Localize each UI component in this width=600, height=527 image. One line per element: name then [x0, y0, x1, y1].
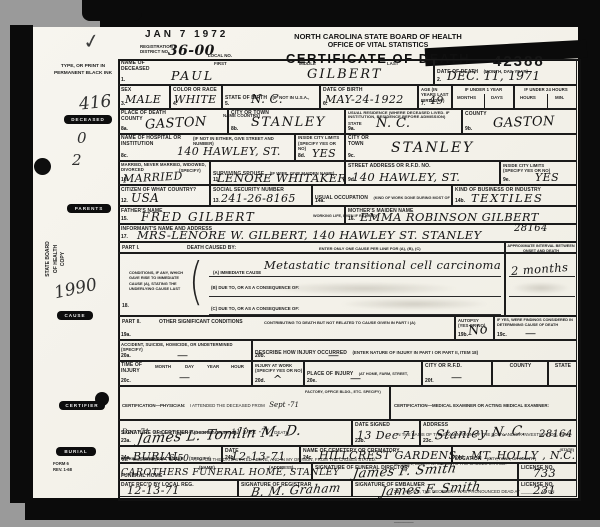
field-signature-of-certifier: SIGNATURE OF CERTIFIER (DEGREE OR TITLE)… — [118, 420, 352, 446]
field-surviving-spouse: SURVIVING SPOUSE (IF WIFE, GIVE MAIDEN N… — [210, 161, 345, 185]
certphys-t1: I ATTENDED THE DECEASED FROM — [190, 403, 265, 408]
field-date-received: DATE REC'D BY LOCAL REG. 12-13-71 — [118, 480, 238, 497]
dod-value: DEC. 11, 1971 — [447, 69, 540, 83]
field-time-of-injury: TIME OF INJURY MONTH DAY YEAR HOUR 20c. … — [118, 361, 252, 386]
cityrfd-value: — — [451, 371, 462, 384]
res-num: 9a. — [348, 126, 355, 132]
field-director-license: LICENSE NO. 733 — [518, 463, 577, 480]
part1-title: PART I. — [122, 245, 139, 253]
scan-border-left — [10, 25, 33, 503]
time-year: YEAR — [207, 364, 219, 369]
sex-value: MALE — [125, 93, 161, 106]
part2-num: 19a. — [121, 332, 131, 338]
u1-divider — [484, 94, 485, 108]
limits-value: YES — [312, 147, 336, 160]
lic1-value: 733 — [533, 466, 556, 480]
tab-deceased: DECEASED — [64, 115, 112, 124]
podcity-value: STANLEY — [251, 115, 326, 130]
how-num: 20b. — [255, 353, 265, 359]
field-funeral-home: FUNERAL HOME (NAME) (ADDRESS) CAROTHERS … — [118, 463, 312, 480]
interval-b-line — [509, 296, 575, 297]
work-value: ^ — [273, 373, 283, 386]
rescounty-num: 9b. — [465, 126, 472, 132]
how-sub: (ENTER NATURE OF INJURY IN PART I OR PAR… — [352, 350, 478, 355]
field-age: AGE (IN YEARS LAST BIRTHDAY) 7. 49 — [418, 85, 452, 109]
name-num: 1. — [121, 77, 125, 83]
field-marital-status: MARRIED, NEVER MARRIED, WIDOWED, DIVORCE… — [118, 161, 210, 185]
spouse-value: LENORE WHITAKER — [217, 171, 347, 185]
copy-note-2: OF HEALTH — [53, 233, 61, 285]
part2-sub: CONTRIBUTING TO DEATH BUT NOT RELATED TO… — [264, 320, 415, 326]
autopsy-num: 19b. — [458, 332, 468, 338]
field-burial-date: DATE 24b. 12-13-71 — [222, 446, 300, 463]
part1-header: PART I. DEATH CAUSED BY: ENTER ONLY ONE … — [118, 242, 505, 253]
field-burial-cremation: BURIAL, CREMATION, OTHER (SPECIFY) 24a. … — [118, 446, 222, 463]
cityrfd-num: 20f. — [425, 378, 434, 384]
margin-number-2: 2 — [72, 151, 82, 169]
field-mother-name: MOTHER'S MAIDEN NAME 16. EMMA ROBINSON G… — [345, 206, 577, 224]
certphys-from: Sept -71 — [269, 401, 299, 409]
mother-value: EMMA ROBINSON GILBERT — [360, 210, 539, 224]
recd-value: 12-13-71 — [127, 484, 180, 497]
certifier-signature: James L. Tomlin M. D. — [136, 423, 303, 448]
field-if-under-24-hours: IF UNDER 24 HOURS HOURS MIN. — [514, 85, 577, 109]
datesigned-label: DATE SIGNED — [353, 421, 419, 428]
received-date-stamp: JAN 7 1972 — [145, 29, 228, 40]
scan-border-right — [578, 25, 600, 500]
u1-days-label: DAYS — [491, 95, 503, 100]
cause-of-death-body: CONDITIONS, IF ANY, WHICH GAVE RISE TO I… — [118, 253, 505, 316]
field-state-of-birth: STATE OF BIRTH (IF NOT IN U.S.A., NAME C… — [222, 85, 320, 109]
limits-num: 8d. — [298, 153, 305, 159]
conditions-note: CONDITIONS, IF ANY, WHICH GAVE RISE TO I… — [129, 270, 187, 292]
citizen-num: 12. — [121, 198, 128, 204]
findings-num: 19c. — [497, 332, 507, 338]
brace: ( — [189, 254, 203, 311]
field-usual-occupation: USUAL OCCUPATION (KIND OF WORK DONE DURI… — [312, 185, 452, 206]
field-father-name: FATHER'S NAME 15. FRED GILBERT — [118, 206, 345, 224]
field-cemetery-location: LOCATION (CITY, TOWN, OR COUNTY) (STATE)… — [452, 446, 577, 463]
field-hospital: NAME OF HOSPITAL OR INSTITUTION (IF NOT … — [118, 134, 295, 161]
cem-value: HILLCREST GARDENS — [319, 449, 456, 462]
sob-value: N. C. — [251, 92, 283, 106]
org-line-2: OFFICE OF VITAL STATISTICS — [233, 42, 523, 49]
age-value: 49 — [429, 94, 444, 107]
field-place-of-death-county: PLACE OF DEATH COUNTY 8a. GASTON — [118, 109, 228, 134]
time-day: DAY — [185, 364, 194, 369]
part2-other-conditions: PART II. OTHER SIGNIFICANT CONDITIONS CO… — [118, 316, 455, 340]
field-citizen: CITIZEN OF WHAT COUNTRY? 12. USA — [118, 185, 210, 206]
ghost-writing — [339, 298, 489, 310]
ssn-num: 13. — [213, 198, 220, 204]
cityrfd-label: CITY OR R.F.D. — [423, 362, 491, 369]
time-label-2: INJURY — [119, 369, 150, 375]
age-num: 7. — [421, 101, 425, 107]
field-embalmer-signature: SIGNATURE OF EMBALMER James F. Smith — [352, 480, 518, 497]
copy-note-1: STATE BOARD — [45, 233, 53, 285]
cause-b-line — [209, 296, 501, 297]
res-state-value: N. C. — [376, 116, 410, 131]
field-date-of-birth: DATE OF BIRTH 6. MAY-24-1922 — [320, 85, 418, 109]
autopsy-value: No — [467, 322, 488, 339]
time-num: 20c. — [121, 378, 131, 384]
field-registrar-signature: SIGNATURE OF REGISTRAR B. M. Graham — [238, 480, 352, 497]
check-mark: ✓ — [81, 28, 102, 55]
interval-body: 2 months — [505, 253, 577, 316]
tab-burial: BURIAL — [56, 447, 96, 456]
informant-value: MRS-LENORE W. GILBERT, 140 HAWLEY ST. ST… — [137, 228, 482, 242]
field-name-of-deceased: NAME OF DECEASED 1. FIRST MIDDLE LAST PA… — [118, 59, 434, 85]
name-sub-first: FIRST — [214, 61, 227, 66]
findings-value: — — [525, 327, 536, 340]
cem-num: 24c. — [303, 455, 313, 461]
limits2-num: 9e. — [503, 177, 510, 183]
rescounty-value: GASTON — [493, 114, 555, 131]
cause-c-line — [209, 314, 501, 315]
dob-value: MAY-24-1922 — [325, 93, 404, 106]
place-num: 20e. — [307, 378, 317, 384]
form-revision: FORM 6 REV. 1-68 — [53, 461, 72, 474]
field-findings-considered: IF YES, WERE FINDINGS CONSIDERED IN DETE… — [494, 316, 577, 340]
father-value: FRED GILBERT — [141, 210, 255, 224]
org-line-1: NORTH CAROLINA STATE BOARD OF HEALTH — [233, 32, 523, 41]
ssn-value: 241-26-8165 — [221, 192, 296, 205]
field-injury-county: COUNTY — [492, 361, 548, 386]
field-cemetery: NAME OF CEMETERY OR CREMATORY 24c. HILLC… — [300, 446, 452, 463]
informant-num: 17. — [121, 234, 128, 240]
street-label: STREET ADDRESS OR R.F.D. NO. — [346, 162, 499, 169]
field-autopsy: AUTOPSY (YES OR NO) 19b. No — [455, 316, 494, 340]
rescity-num: 9c. — [348, 153, 355, 159]
certification-physician: CERTIFICATION—PHYSICIAN: I ATTENDED THE … — [118, 386, 390, 420]
field-street-address: STREET ADDRESS OR R.F.D. NO. 9d. 140 HAW… — [345, 161, 500, 185]
field-inside-city-limits-2: INSIDE CITY LIMITS (SPECIFY YES OR NO) 9… — [500, 161, 577, 185]
rescity-label: CITY OR TOWN — [346, 135, 379, 147]
work-num: 20d. — [255, 378, 265, 384]
father-num: 15. — [121, 216, 128, 222]
field-inside-city-limits: INSIDE CITY LIMITS (SPECIFY YES OR NO) 8… — [295, 134, 345, 161]
name-label-2: DECEASED — [119, 67, 433, 73]
time-value: — — [179, 371, 190, 384]
field-injury-at-work: INJURY AT WORK (SPECIFY YES OR NO) 20d. … — [252, 361, 304, 386]
scan-blotch-top — [82, 0, 142, 21]
pod-county-value: GASTON — [145, 114, 207, 132]
bur-num: 24a. — [121, 455, 131, 461]
sig-num: 23a. — [121, 438, 131, 444]
bdate-value: 12-13-71 — [231, 449, 286, 463]
certphys-heading: CERTIFICATION—PHYSICIAN: — [122, 403, 185, 408]
ind-value: TEXTILES — [471, 191, 543, 205]
certificate-page: ✓ JAN 7 1972 REGISTRATION DISTRICT NO. 3… — [33, 27, 578, 498]
rescity-value: STANLEY — [391, 140, 474, 156]
part1-label: DEATH CAUSED BY: — [187, 245, 236, 253]
loc-num: 24d. — [455, 455, 465, 461]
dod-num: 2. — [437, 77, 441, 83]
field-funeral-director-signature: SIGNATURE OF FUNERAL DIRECTOR James F. S… — [312, 463, 518, 480]
loc-value: MT. HOLLY , N.C. — [471, 449, 576, 462]
field-place-of-death-city: CITY OR TOWN 8b. STANLEY — [228, 109, 345, 134]
field-date-of-death: DATE OF DEATH (MONTH, DAY, YEAR) 2. DEC.… — [434, 59, 577, 85]
part1-note: ENTER ONLY ONE CAUSE PER LINE FOR (a), (… — [319, 246, 421, 252]
mother-num: 16. — [348, 216, 355, 222]
field-how-injury-occurred: DESCRIBE HOW INJURY OCCURRED (ENTER NATU… — [252, 340, 577, 361]
u1-label: IF UNDER 1 YEAR — [453, 86, 513, 92]
hosp-value: 140 HAWLEY, ST. — [177, 145, 281, 158]
interval-a-line — [509, 276, 575, 277]
informant-zip: 28164 — [514, 223, 548, 234]
bur-sub: (SPECIFY) — [189, 456, 211, 461]
form-revision-2: REV. 1-68 — [53, 467, 72, 473]
cause-a-value: Metastatic transitional cell carcinoma — [264, 258, 501, 272]
ghost-writing — [512, 282, 570, 294]
limits-label: INSIDE CITY LIMITS — [296, 135, 344, 141]
field-injury-state: STATE — [548, 361, 577, 386]
cause-c-label: (c) DUE TO, OR AS A CONSEQUENCE OF: — [211, 306, 299, 313]
name-last-value: GILBERT — [307, 67, 382, 82]
race-value: WHITE — [174, 93, 217, 106]
marital-value: MARRIED — [123, 169, 183, 185]
occ-num: 14a. — [315, 198, 325, 204]
acc-num: 20a. — [121, 353, 131, 359]
limits2-value: YES — [535, 171, 559, 184]
part2-title: PART II. — [122, 319, 141, 327]
u1-months-label: MONTHS — [457, 95, 476, 100]
margin-number-0: 0 — [77, 129, 87, 147]
scanned-death-certificate: ✓ JAN 7 1972 REGISTRATION DISTRICT NO. 3… — [0, 0, 600, 527]
field-certifier-address: ADDRESS 23c. Stanley N. C. 28164 — [420, 420, 577, 446]
street-value: 140 HAWLEY, ST. — [352, 170, 460, 184]
field-sex: SEX 3. MALE — [118, 85, 170, 109]
scan-border-top — [100, 0, 600, 27]
field-ssn: SOCIAL SECURITY NUMBER 13. 241-26-8165 — [210, 185, 312, 206]
certme-heading: CERTIFICATION—MEDICAL EXAMINER OR ACTING… — [394, 403, 549, 408]
name-sub-last: LAST — [387, 61, 398, 66]
cause-section-num: 18. — [122, 303, 129, 311]
field-informant: INFORMANT'S NAME AND ADDRESS 17. MRS-LEN… — [118, 224, 577, 242]
hole-punch — [34, 158, 51, 175]
interval-header: APPROXIMATE INTERVAL BETWEEN ONSET AND D… — [505, 242, 577, 253]
bur-value: BURIAL — [133, 450, 181, 463]
u24-min-label: MIN. — [555, 95, 564, 100]
u24-label: IF UNDER 24 HOURS — [515, 86, 576, 92]
time-hour: HOUR — [231, 364, 244, 369]
county3-label: COUNTY — [493, 362, 547, 369]
margin-number-416: 416 — [78, 91, 112, 114]
field-city-or-rfd: CITY OR R.F.D. 20f. — — [422, 361, 492, 386]
field-industry: KIND OF BUSINESS OR INDUSTRY 14b. TEXTIL… — [452, 185, 577, 206]
tab-parents: PARENTS — [67, 204, 111, 213]
lic2-value: 231 — [533, 483, 556, 497]
pod-num: 8a. — [121, 126, 128, 132]
addr-num: 23c. — [423, 438, 433, 444]
ghost-writing — [269, 282, 459, 295]
tab-cause: CAUSE — [57, 311, 93, 320]
place-value: — — [350, 372, 361, 385]
field-if-under-1-year: IF UNDER 1 YEAR MONTHS DAYS — [452, 85, 514, 109]
name-first-value: PAUL — [171, 68, 214, 83]
u24-divider — [547, 94, 548, 108]
hosp-num: 8c. — [121, 153, 128, 159]
sob-num: 5. — [225, 101, 229, 107]
state3-label: STATE — [549, 362, 576, 369]
field-residence-city: CITY OR TOWN 9c. STANLEY — [345, 134, 577, 161]
field-residence-county: COUNTY 9b. GASTON — [462, 109, 577, 134]
type-print-note: TYPE, OR PRINT IN PERMANENT BLACK INK — [51, 63, 115, 77]
citizen-value: USA — [131, 191, 159, 205]
ind-num: 14b. — [455, 198, 465, 204]
field-accident-suicide: ACCIDENT, SUICIDE, HOMICIDE, OR UNDETERM… — [118, 340, 252, 361]
time-month: MONTH — [155, 364, 171, 369]
field-place-of-injury: PLACE OF INJURY (AT HOME, FARM, STREET, … — [304, 361, 422, 386]
field-residence-state: USUAL RESIDENCE (WHERE DECEASED LIVED. I… — [345, 109, 462, 134]
field-color-or-race: COLOR OR RACE 4. WHITE — [170, 85, 222, 109]
part2-label: OTHER SIGNIFICANT CONDITIONS — [159, 319, 243, 327]
tab-certifier: CERTIFIER — [59, 401, 105, 410]
name-sub-middle: MIDDLE — [299, 61, 316, 66]
datesigned-value: 13 Dec 71 — [357, 429, 417, 442]
u24-hours-label: HOURS — [520, 95, 536, 100]
certification-medical-examiner: CERTIFICATION—MEDICAL EXAMINER OR ACTING… — [390, 386, 577, 420]
addr-zip: 28164 — [539, 429, 573, 440]
copy-note-3: COPY — [60, 233, 68, 285]
fh-value: CAROTHERS FUNERAL HOME, STANLEY — [121, 467, 340, 478]
place-label: PLACE OF INJURY — [305, 370, 354, 377]
field-date-signed: DATE SIGNED 23b. 13 Dec 71 — [352, 420, 420, 446]
field-embalmer-license: LICENSE NO. 231 — [518, 480, 577, 497]
cause-a-line — [209, 276, 501, 277]
podcity-num: 8b. — [231, 126, 238, 132]
